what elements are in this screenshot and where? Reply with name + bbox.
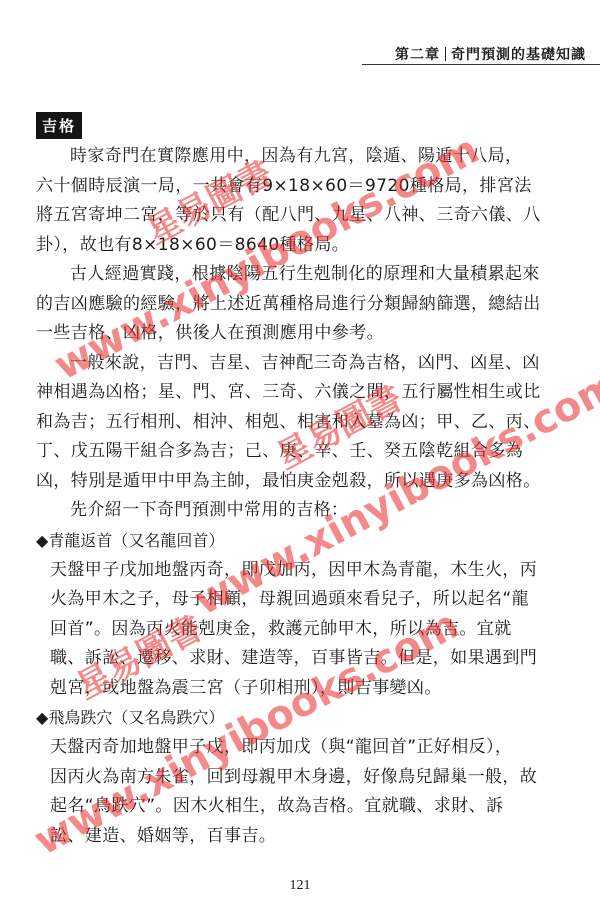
diamond-bullet-icon: ◆ — [36, 708, 48, 727]
text-line: 丁、戊五陽干組合多為吉；己、庚、辛、壬、癸五陰乾組合多為 — [36, 437, 556, 467]
text-line: 職、訴訟、遷移、求財、建造等，百事皆吉。但是，如果遇到門 — [36, 644, 556, 674]
text-line: 天盤甲子戊加地盤丙奇，即戊加丙，因甲木為青龍，木生火，丙 — [36, 556, 556, 586]
text-line: 一般來說，吉門、吉星、吉神配三奇為吉格，凶門、凶星、凶 — [36, 349, 556, 379]
text-line: 卦），故也有8×18×60＝8640種格局。 — [36, 231, 556, 261]
paragraph-4: 先介紹一下奇門預測中常用的吉格： — [36, 496, 556, 526]
header-separator — [445, 47, 446, 61]
diamond-bullet-icon: ◆ — [36, 531, 48, 550]
text-line: 凶，特別是遁甲中甲為主帥，最怕庚金剋殺，所以遇庚多為凶格。 — [36, 467, 556, 497]
text-line: 回首”。因為丙火能剋庚金，救護元帥甲木，所以為吉。宜就 — [36, 615, 556, 645]
section-label: 吉格 — [36, 112, 82, 139]
entry-feiniao-diexue: ◆飛鳥跌穴（又名鳥跌穴） 天盤丙奇加地盤甲子戊，即丙加戊（與“龍回首”正好相反）… — [36, 703, 556, 851]
running-head: 第二章奇門預測的基礎知識 — [395, 44, 600, 64]
text-line: 因丙火為南方朱雀，回到母親甲木身邊，好像鳥兒歸巢一般，故 — [36, 763, 556, 793]
text-line: 將五宮寄坤二宮，等於只有（配八門、九星、八神、三奇六儀、八 — [36, 201, 556, 231]
chapter-title: 奇門預測的基礎知識 — [451, 47, 586, 63]
text-line: 的吉凶應驗的經驗，將上述近萬種格局進行分類歸納篩選，總結出 — [36, 290, 556, 320]
text-line: 剋宮，或地盤為震三宮（子卯相刑），則吉事變凶。 — [36, 674, 556, 704]
paragraph-3: 一般來說，吉門、吉星、吉神配三奇為吉格，凶門、凶星、凶 神相遇為凶格；星、門、宮… — [36, 349, 556, 497]
text-line: 火為甲木之子，母子相顧，母親回過頭來看兒子，所以起名“龍 — [36, 585, 556, 615]
text-line: 天盤丙奇加地盤甲子戊，即丙加戊（與“龍回首”正好相反）， — [36, 733, 556, 763]
chapter-number: 第二章 — [395, 47, 440, 63]
entry-title: ◆飛鳥跌穴（又名鳥跌穴） — [36, 703, 556, 733]
body-text: 時家奇門在實際應用中，因為有九宮，陰遁、陽遁十八局， 六十個時辰演一局，一共會有… — [36, 142, 556, 851]
text-line: 和為吉；五行相刑、相沖、相剋、相害和入墓為凶；甲、乙、丙、 — [36, 408, 556, 438]
text-line: 時家奇門在實際應用中，因為有九宮，陰遁、陽遁十八局， — [36, 142, 556, 172]
entry-title: ◆青龍返首（又名龍回首） — [36, 526, 556, 556]
text-line: 起名“鳥跌穴”。因木火相生，故為吉格。宜就職、求財、訴 — [36, 792, 556, 822]
paragraph-2: 古人經過實踐，根據陰陽五行生剋制化的原理和大量積累起來 的吉凶應驗的經驗，將上述… — [36, 260, 556, 349]
page-number: 121 — [0, 878, 600, 894]
entry-title-text: 飛鳥跌穴（又名鳥跌穴） — [48, 708, 224, 727]
text-line: 古人經過實踐，根據陰陽五行生剋制化的原理和大量積累起來 — [36, 260, 556, 290]
text-line: 訟、建造、婚姻等，百事吉。 — [36, 822, 556, 852]
entry-title-text: 青龍返首（又名龍回首） — [48, 531, 224, 550]
entry-qinglong-fanshou: ◆青龍返首（又名龍回首） 天盤甲子戊加地盤丙奇，即戊加丙，因甲木為青龍，木生火，… — [36, 526, 556, 704]
text-line: 先介紹一下奇門預測中常用的吉格： — [36, 496, 556, 526]
text-line: 一些吉格、凶格，供後人在預測應用中參考。 — [36, 319, 556, 349]
header-rule — [362, 64, 600, 65]
text-line: 六十個時辰演一局，一共會有9×18×60＝9720種格局，排宮法 — [36, 172, 556, 202]
paragraph-1: 時家奇門在實際應用中，因為有九宮，陰遁、陽遁十八局， 六十個時辰演一局，一共會有… — [36, 142, 556, 260]
text-line: 神相遇為凶格；星、門、宮、三奇、六儀之間，五行屬性相生或比 — [36, 378, 556, 408]
